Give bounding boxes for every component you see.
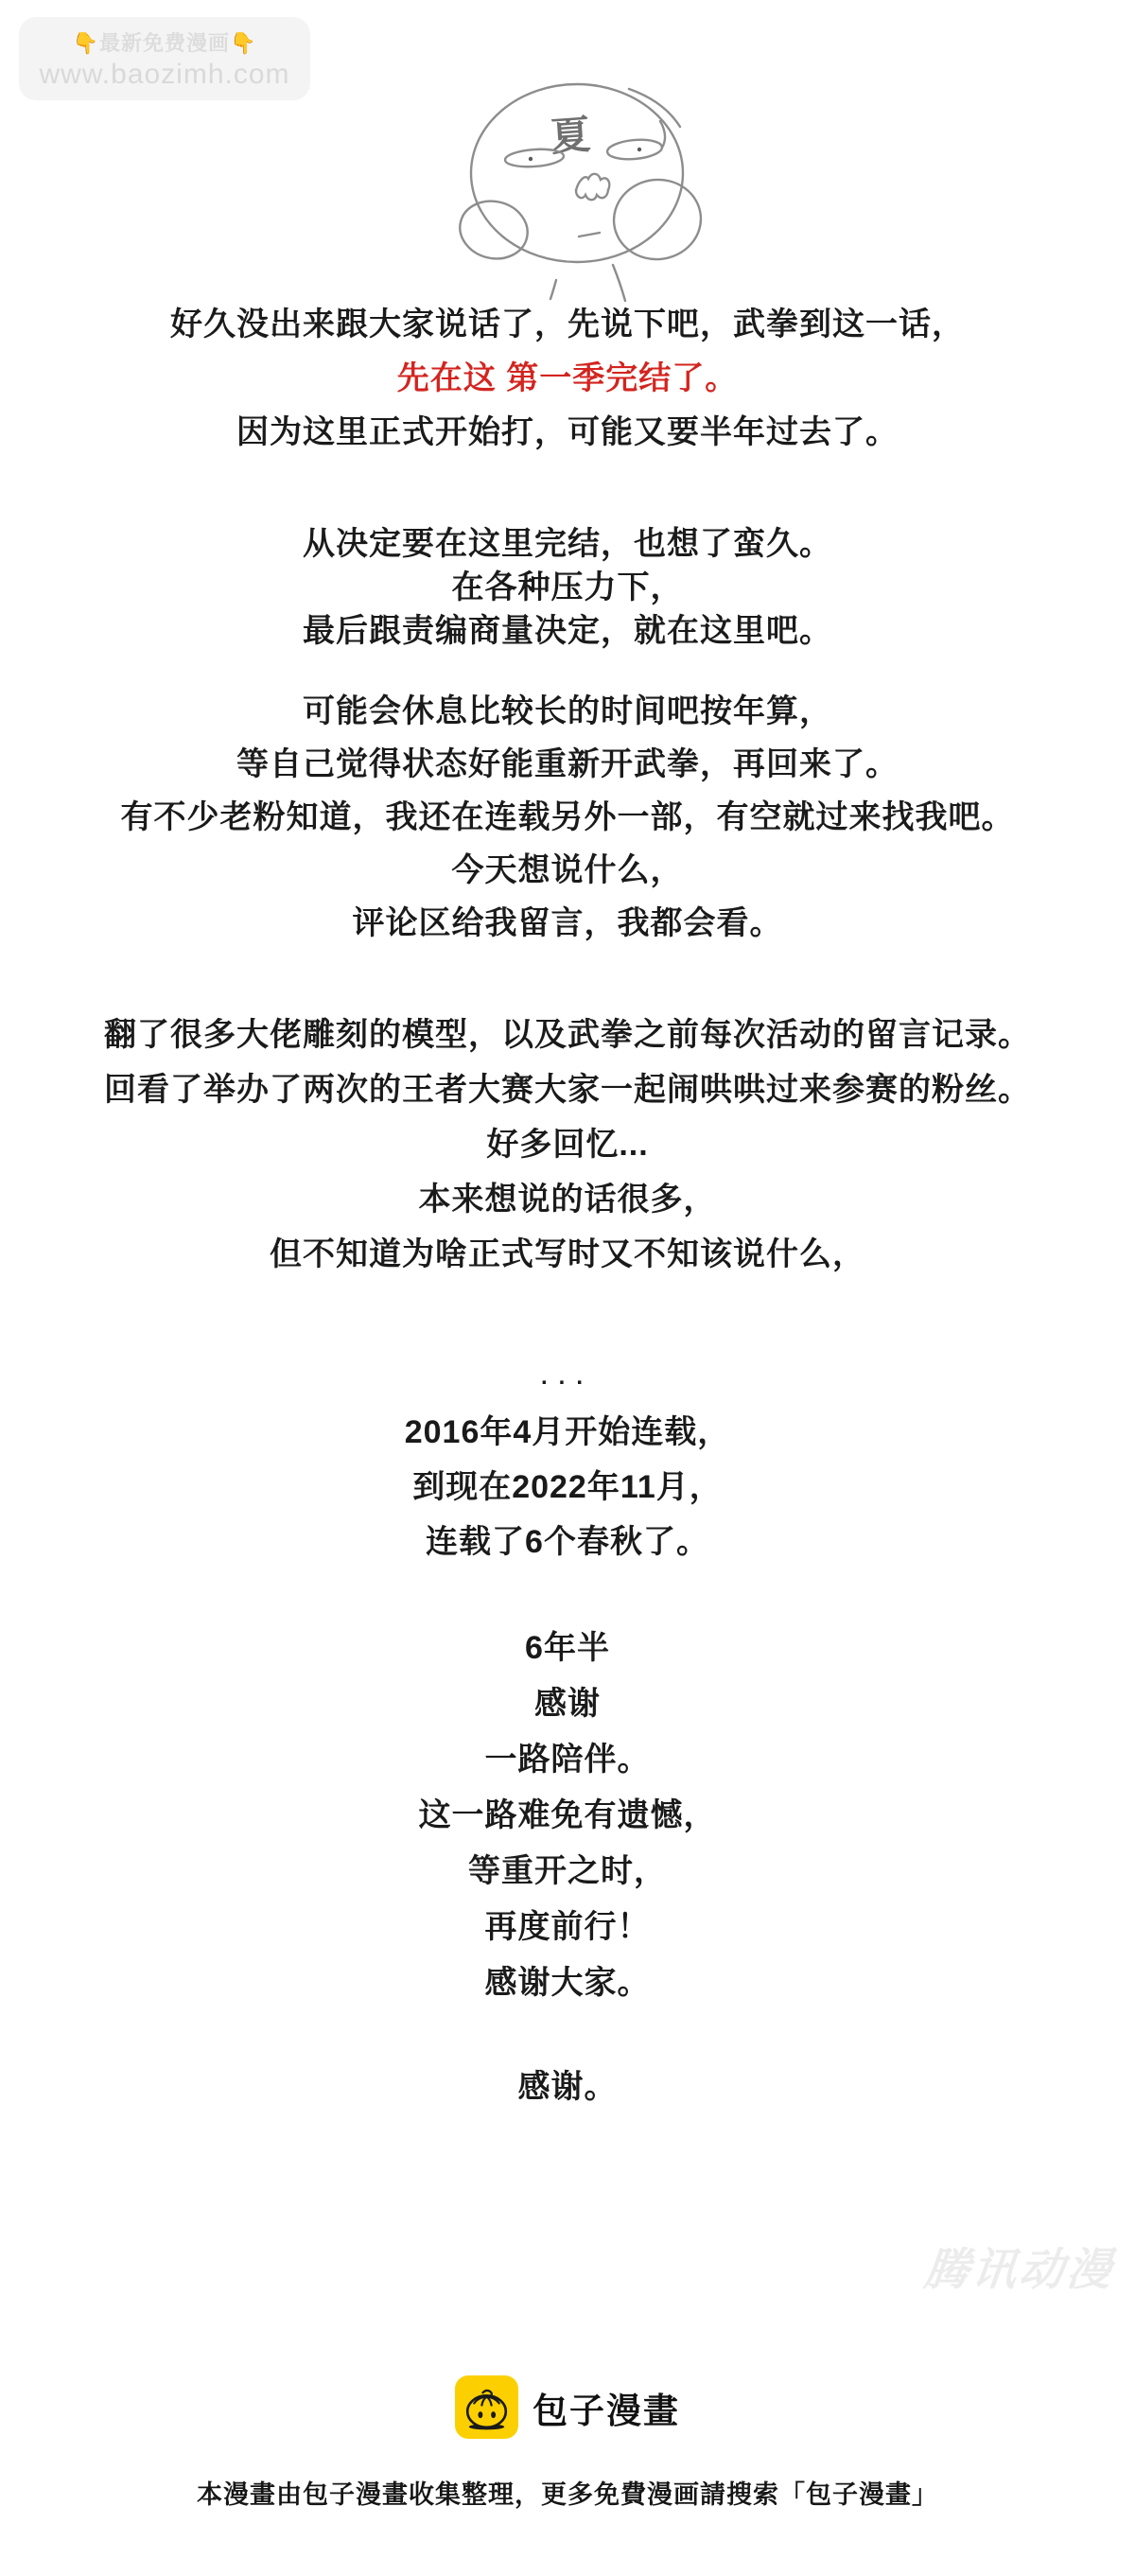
footer-note: 本漫畫由包子漫畫收集整理，更多免費漫画請搜索「包子漫畫」 <box>0 2474 1135 2511</box>
letter-line: 好久没出来跟大家说话了，先说下吧，武拳到这一话， <box>0 298 1135 352</box>
left-pupil <box>529 157 533 161</box>
nose-sketch-bottom <box>576 190 608 200</box>
letter-line-season-finale: 先在这 第一季完结了。 <box>0 352 1135 406</box>
letter-line: 连载了6个春秋了。 <box>0 1515 1135 1569</box>
letter-line: 回看了举办了两次的王者大赛大家一起闹哄哄过来参赛的粉丝。 <box>0 1062 1135 1117</box>
letter-line: 在各种压力下， <box>0 566 1135 609</box>
forehead-character: 夏 <box>550 112 592 159</box>
letter-line: 最后跟责编商量决定，就在这里吧。 <box>0 609 1135 653</box>
letter-line: 可能会休息比较长的时间吧按年算， <box>0 685 1135 738</box>
letter-line: 感谢 <box>0 1676 1135 1732</box>
letter-line: 但不知道为啥正式写时又不知该说什么， <box>0 1227 1135 1282</box>
site-watermark: 👇最新免费漫画👇 www.baozimh.com <box>19 17 310 100</box>
right-eye-icon <box>606 138 663 162</box>
left-cheek-sketch <box>454 194 533 266</box>
letter-section-hiatus: 可能会休息比较长的时间吧按年算， 等自己觉得状态好能重新开武拳，再回来了。 有不… <box>0 685 1135 950</box>
head-outline <box>471 84 683 262</box>
letter-line: 评论区给我留言，我都会看。 <box>0 897 1135 950</box>
nose-sketch-top <box>576 174 609 190</box>
manga-page: 👇最新免费漫画👇 www.baozimh.com 夏 好久没出来跟大家说话了，先… <box>0 0 1135 2576</box>
right-cheek-sketch <box>610 175 705 263</box>
letter-line: 翻了很多大佬雕刻的模型，以及武拳之前每次活动的留言记录。 <box>0 1008 1135 1062</box>
letter-line: 2016年4月开始连载， <box>0 1405 1135 1460</box>
letter-section-decision: 从决定要在这里完结，也想了蛮久。 在各种压力下， 最后跟责编商量决定，就在这里吧… <box>0 522 1135 653</box>
letter-line: 从决定要在这里完结，也想了蛮久。 <box>0 522 1135 566</box>
letter-line: 再度前行！ <box>0 1900 1135 1955</box>
letter-section-opening: 好久没出来跟大家说话了，先说下吧，武拳到这一话， 先在这 第一季完结了。 因为这… <box>0 298 1135 460</box>
tencent-comics-watermark: 腾讯动漫 <box>921 2234 1117 2298</box>
letter-line: 有不少老粉知道，我还在连载另外一部，有空就过来找我吧。 <box>0 791 1135 844</box>
neck-right-line <box>613 265 625 301</box>
letter-line: 本来想说的话很多， <box>0 1172 1135 1227</box>
site-watermark-url: www.baozimh.com <box>39 59 289 91</box>
letter-line: 一路陪伴。 <box>0 1732 1135 1788</box>
author-face-sketch: 夏 <box>416 76 747 307</box>
letter-line: 这一路难免有遗憾， <box>0 1788 1135 1844</box>
bun-body <box>467 2395 506 2427</box>
letter-line: 好多回忆... <box>0 1117 1135 1172</box>
letter-line: 因为这里正式开始打，可能又要半年过去了。 <box>0 406 1135 460</box>
right-pupil <box>637 148 641 151</box>
ellipsis-line: ... <box>0 1350 1135 1405</box>
letter-section-timeline: ... 2016年4月开始连载， 到现在2022年11月， 连载了6个春秋了。 <box>0 1350 1135 1569</box>
bun-right-eye <box>491 2411 496 2418</box>
baozi-logo: 包子漫畫 <box>0 2375 1135 2439</box>
letter-line: 等重开之时， <box>0 1844 1135 1900</box>
baozi-bun-icon <box>455 2375 518 2439</box>
letter-line: 感谢。 <box>0 2060 1135 2114</box>
hair-contour-line <box>629 89 680 127</box>
site-watermark-slogan: 👇最新免费漫画👇 <box>73 27 257 57</box>
letter-line: 感谢大家。 <box>0 1955 1135 2011</box>
letter-line: 6年半 <box>0 1621 1135 1676</box>
letter-line: 等自己觉得状态好能重新开武拳，再回来了。 <box>0 738 1135 791</box>
letter-line: 到现在2022年11月， <box>0 1460 1135 1515</box>
neck-left-line <box>550 280 556 299</box>
letter-section-thanks: 6年半 感谢 一路陪伴。 这一路难免有遗憾， 等重开之时， 再度前行！ 感谢大家… <box>0 1621 1135 2011</box>
letter-section-memories: 翻了很多大佬雕刻的模型，以及武拳之前每次活动的留言记录。 回看了举办了两次的王者… <box>0 1008 1135 1282</box>
letter-section-closing: 感谢。 <box>0 2060 1135 2114</box>
bun-left-eye <box>478 2411 482 2418</box>
mouth-sketch <box>579 233 600 237</box>
baozi-logo-text: 包子漫畫 <box>533 2382 680 2433</box>
letter-line: 今天想说什么， <box>0 844 1135 897</box>
